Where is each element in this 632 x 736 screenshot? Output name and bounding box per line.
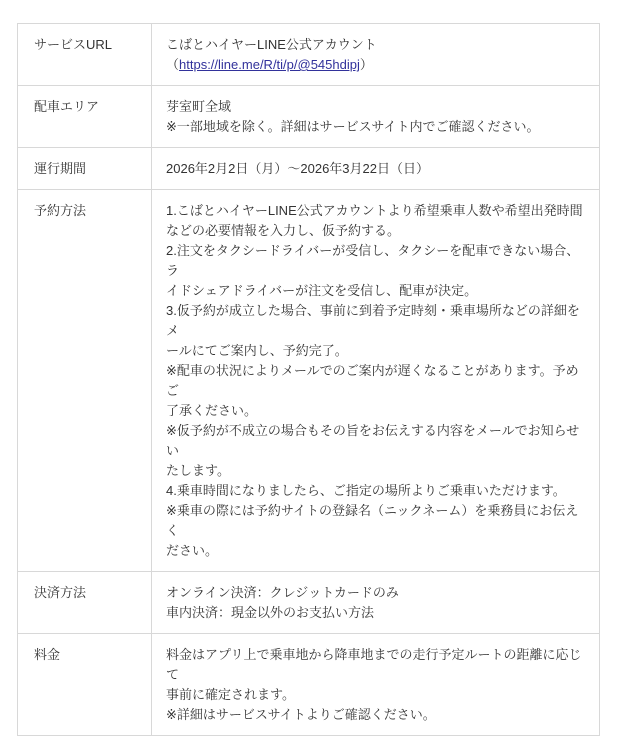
- content-line: 料金はアプリ上で乗車地から降車地までの走行予定ルートの距離に応じて: [166, 645, 587, 685]
- content-line: ※配車の状況によりメールでのご案内が遅くなることがあります。予めご: [166, 361, 587, 401]
- link-prefix: （: [166, 57, 179, 72]
- row-label: サービスURL: [18, 24, 152, 86]
- content-line: ※一部地域を除く。詳細はサービスサイト内でご確認ください。: [166, 117, 587, 137]
- content-line: 了承ください。: [166, 401, 587, 421]
- service-url-line: （https://line.me/R/ti/p/@545hdipj）: [166, 55, 587, 75]
- content-line: こばとハイヤーLINE公式アカウント: [166, 35, 587, 55]
- table-row-payment-method: 決済方法 オンライン決済：クレジットカードのみ 車内決済：現金以外のお支払い方法: [18, 572, 600, 634]
- content-line: オンライン決済：クレジットカードのみ: [166, 583, 587, 603]
- content-line: ださい。: [166, 541, 587, 561]
- row-label: 決済方法: [18, 572, 152, 634]
- content-line: ※詳細はサービスサイトよりご確認ください。: [166, 705, 587, 725]
- content-line: 車内決済：現金以外のお支払い方法: [166, 603, 587, 623]
- content-line: 3.仮予約が成立した場合、事前に到着予定時刻・乗車場所などの詳細をメ: [166, 301, 587, 341]
- row-content: 2026年2月2日（月）～2026年3月22日（日）: [152, 148, 600, 190]
- content-line: ※乗車の際には予約サイトの登録名（ニックネーム）を乗務員にお伝えく: [166, 501, 587, 541]
- row-content: 料金はアプリ上で乗車地から降車地までの走行予定ルートの距離に応じて 事前に確定さ…: [152, 634, 600, 736]
- table-row-service-url: サービスURL こばとハイヤーLINE公式アカウント （https://line…: [18, 24, 600, 86]
- row-content: こばとハイヤーLINE公式アカウント （https://line.me/R/ti…: [152, 24, 600, 86]
- content-line: たします。: [166, 461, 587, 481]
- content-line: イドシェアドライバーが注文を受信し、配車が決定。: [166, 281, 587, 301]
- table-row-fare: 料金 料金はアプリ上で乗車地から降車地までの走行予定ルートの距離に応じて 事前に…: [18, 634, 600, 736]
- content-line: ※仮予約が不成立の場合もその旨をお伝えする内容をメールでお知らせい: [166, 421, 587, 461]
- row-content: 1.こばとハイヤーLINE公式アカウントより希望乗車人数や希望出発時間 などの必…: [152, 190, 600, 572]
- content-line: 事前に確定されます。: [166, 685, 587, 705]
- table-row-dispatch-area: 配車エリア 芽室町全域 ※一部地域を除く。詳細はサービスサイト内でご確認ください…: [18, 86, 600, 148]
- content-line: ールにてご案内し、予約完了。: [166, 341, 587, 361]
- line-account-link[interactable]: https://line.me/R/ti/p/@545hdipj: [179, 57, 360, 72]
- table-row-reservation-method: 予約方法 1.こばとハイヤーLINE公式アカウントより希望乗車人数や希望出発時間…: [18, 190, 600, 572]
- row-content: オンライン決済：クレジットカードのみ 車内決済：現金以外のお支払い方法: [152, 572, 600, 634]
- content-line: 4.乗車時間になりましたら、ご指定の場所よりご乗車いただけます。: [166, 481, 587, 501]
- content-line: などの必要情報を入力し、仮予約する。: [166, 221, 587, 241]
- row-label: 運行期間: [18, 148, 152, 190]
- row-label: 配車エリア: [18, 86, 152, 148]
- content-line: 1.こばとハイヤーLINE公式アカウントより希望乗車人数や希望出発時間: [166, 201, 587, 221]
- link-suffix: ）: [360, 57, 373, 72]
- row-label: 料金: [18, 634, 152, 736]
- content-line: 2.注文をタクシードライバーが受信し、タクシーを配車できない場合、ラ: [166, 241, 587, 281]
- row-content: 芽室町全域 ※一部地域を除く。詳細はサービスサイト内でご確認ください。: [152, 86, 600, 148]
- table-row-operation-period: 運行期間 2026年2月2日（月）～2026年3月22日（日）: [18, 148, 600, 190]
- row-label: 予約方法: [18, 190, 152, 572]
- content-line: 2026年2月2日（月）～2026年3月22日（日）: [166, 159, 587, 179]
- service-info-table: サービスURL こばとハイヤーLINE公式アカウント （https://line…: [17, 23, 600, 736]
- content-line: 芽室町全域: [166, 97, 587, 117]
